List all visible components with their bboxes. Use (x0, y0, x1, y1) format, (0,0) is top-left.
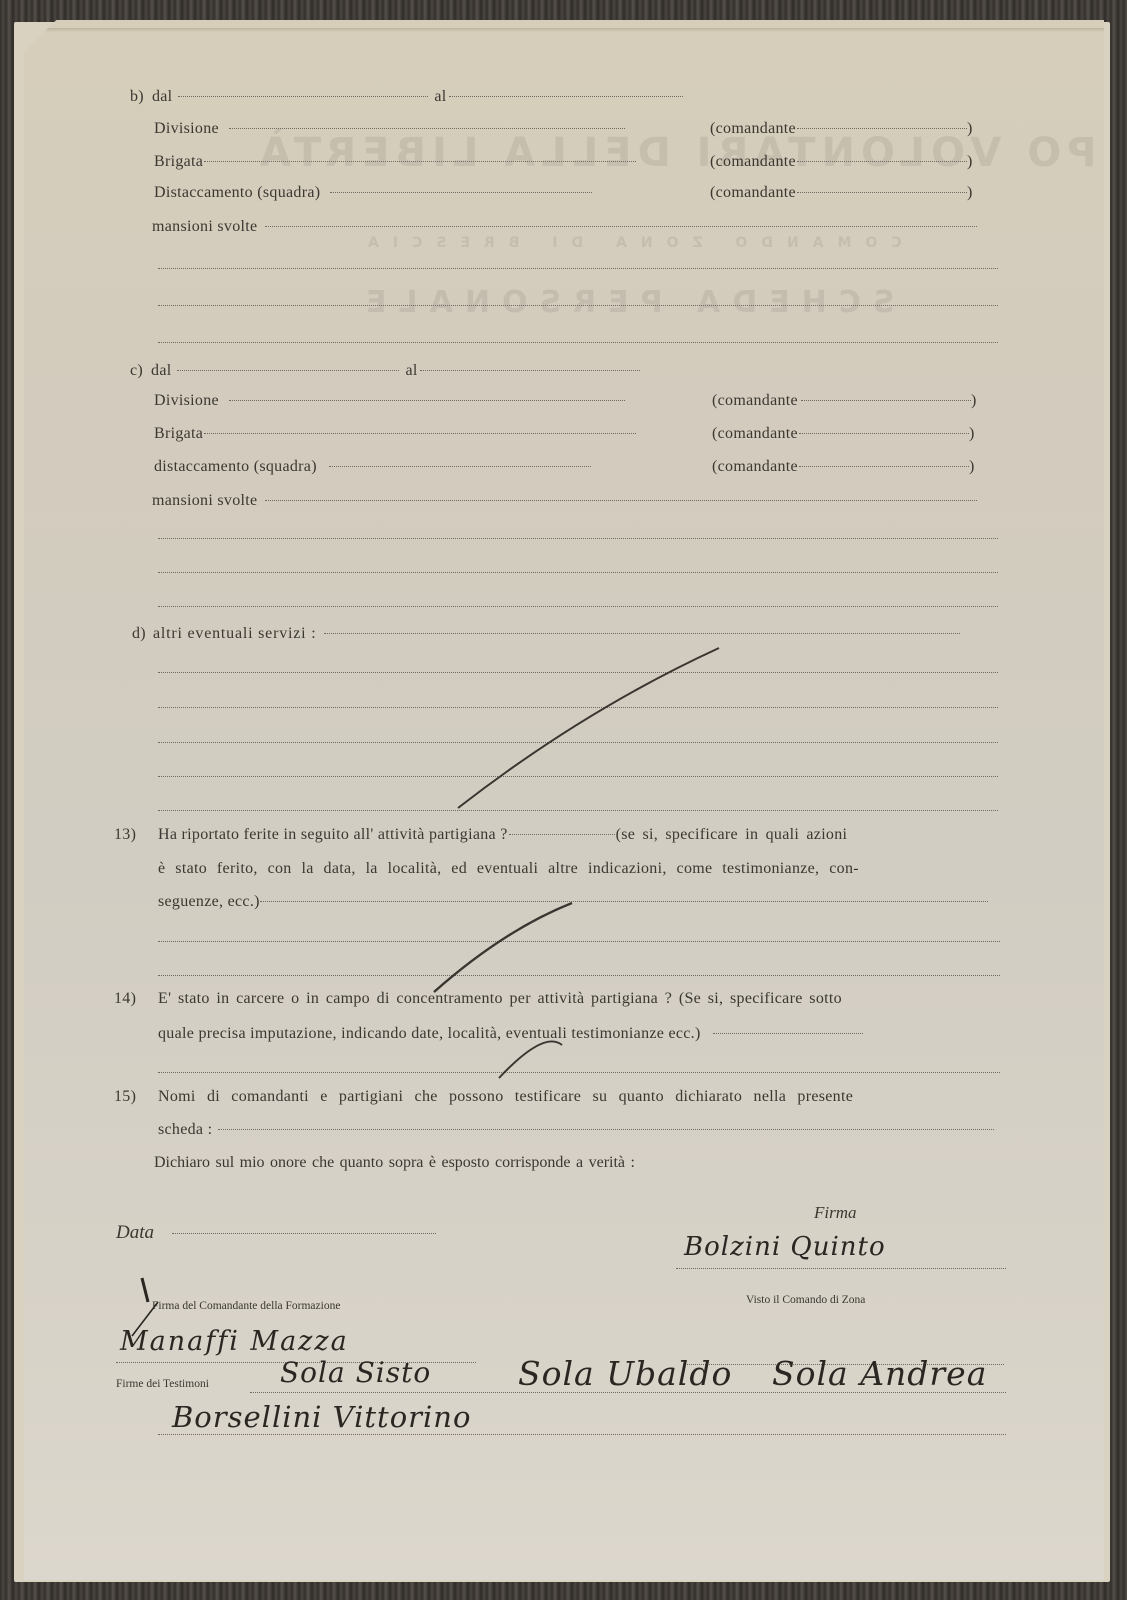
section-c-brigata-comandante-field[interactable] (799, 433, 969, 434)
section-d-line-3[interactable] (158, 707, 998, 708)
comandante-formazione-label: Firma del Comandante della Formazione (152, 1300, 340, 1312)
section-c-distaccamento-comandante-field[interactable] (799, 466, 969, 467)
section-d-line-6[interactable] (158, 810, 998, 811)
testimone-signature-4: Borsellini Vittorino (172, 1400, 471, 1434)
bleed-through-zone: COMANDO ZONA DI BRESCIA (354, 235, 902, 251)
question-14-text-1: E' stato in carcere o in campo di concen… (158, 990, 842, 1008)
question-13-text-1b: (se si, specificare in quali azioni (616, 826, 848, 844)
section-b-marker: b) (130, 88, 144, 106)
question-13-detail-field[interactable] (260, 901, 988, 902)
question-13-strike-icon (434, 903, 572, 992)
question-13-number: 13) (114, 826, 158, 844)
question-15-text-1: Nomi di comandanti e partigiani che poss… (158, 1088, 853, 1106)
close-paren: ) (967, 184, 972, 202)
question-13-text-1a: Ha riportato ferite in seguito all' atti… (158, 826, 508, 844)
close-paren: ) (971, 392, 976, 410)
bleed-through-scheda: SCHEDA PERSONALE (354, 285, 894, 320)
section-c-divisione-label: Divisione (154, 392, 219, 410)
section-b-divisione-comandante-field[interactable] (797, 128, 967, 129)
question-14-line-2[interactable] (158, 1072, 1000, 1073)
section-c-brigata-label: Brigata (154, 425, 203, 443)
question-13-line-3[interactable] (158, 975, 1000, 976)
declaration-text: Dichiaro sul mio onore che quanto sopra … (154, 1154, 635, 1172)
section-d-field[interactable] (324, 633, 960, 634)
firma-field[interactable] (676, 1268, 1006, 1269)
section-c-mansioni-field[interactable] (265, 500, 977, 501)
testimoni-label: Firme dei Testimoni (116, 1378, 209, 1390)
testimone-signature-2: Sola Ubaldo (518, 1354, 732, 1393)
section-c-distaccamento-label: distaccamento (squadra) (154, 458, 317, 476)
question-15-number: 15) (114, 1088, 158, 1106)
section-b-distaccamento-comandante-field[interactable] (797, 192, 967, 193)
question-15-text-2: scheda : (158, 1121, 212, 1139)
section-c-mansioni-line-2[interactable] (158, 538, 998, 539)
section-c-divisione-comandante-label: (comandante (712, 392, 798, 410)
tick-mark-icon (142, 1278, 148, 1302)
section-c-marker: c) (130, 362, 143, 380)
close-paren: ) (967, 153, 972, 171)
document-page: CORPO VOLONTARI DELLA LIBERTÀ COMANDO ZO… (24, 20, 1104, 1580)
question-14-number: 14) (114, 990, 158, 1008)
section-b-mansioni-line-4[interactable] (158, 342, 998, 343)
question-14-answer-field[interactable] (713, 1033, 863, 1034)
section-c-dal-field[interactable] (177, 370, 399, 371)
section-b-divisione-label: Divisione (154, 120, 219, 138)
comandante-signature: Manaffi Mazza (120, 1326, 349, 1357)
section-b-brigata-field[interactable] (204, 161, 636, 162)
section-b-divisione-field[interactable] (229, 128, 625, 129)
section-c-al-field[interactable] (420, 370, 640, 371)
section-c-dal-label: dal (151, 362, 171, 380)
section-d-marker: d) (132, 625, 146, 643)
section-c-distaccamento-field[interactable] (329, 466, 591, 467)
section-c-divisione-field[interactable] (229, 400, 625, 401)
firma-signature: Bolzini Quinto (684, 1232, 886, 1262)
section-c-divisione-comandante-field[interactable] (801, 400, 971, 401)
section-d-line-5[interactable] (158, 776, 998, 777)
firma-label: Firma (814, 1203, 857, 1223)
question-13-answer-field[interactable] (509, 834, 615, 835)
testimone-signature-3: Sola Andrea (772, 1354, 987, 1393)
section-b-al-label: al (434, 88, 446, 106)
question-13-line-2[interactable] (158, 941, 1000, 942)
section-b-mansioni-line-2[interactable] (158, 268, 998, 269)
question-14-text-2: quale precisa imputazione, indicando dat… (158, 1025, 701, 1043)
section-c-mansioni-label: mansioni svolte (152, 492, 257, 510)
section-b-mansioni-field[interactable] (265, 226, 977, 227)
section-b-brigata-comandante-label: (comandante (710, 153, 796, 171)
section-d-line-4[interactable] (158, 742, 998, 743)
section-b-mansioni-line-3[interactable] (158, 305, 998, 306)
section-d-line-2[interactable] (158, 672, 998, 673)
section-b-al-field[interactable] (449, 96, 683, 97)
section-b-mansioni-label: mansioni svolte (152, 218, 257, 236)
close-paren: ) (969, 458, 974, 476)
section-b-brigata-comandante-field[interactable] (797, 161, 967, 162)
section-c-al-label: al (405, 362, 417, 380)
section-d-label: altri eventuali servizi : (153, 625, 317, 643)
visto-comando-zona-label: Visto il Comando di Zona (746, 1294, 865, 1306)
section-b-distaccamento-label: Distaccamento (squadra) (154, 184, 320, 202)
section-b-distaccamento-field[interactable] (330, 192, 592, 193)
section-c-distaccamento-comandante-label: (comandante (712, 458, 798, 476)
section-b-brigata-label: Brigata (154, 153, 203, 171)
question-13-text-3: seguenze, ecc.) (158, 893, 260, 911)
section-b-divisione-comandante-label: (comandante (710, 120, 796, 138)
section-c-mansioni-line-4[interactable] (158, 606, 998, 607)
data-field[interactable] (172, 1233, 436, 1234)
question-15-answer-field[interactable] (218, 1129, 994, 1130)
close-paren: ) (969, 425, 974, 443)
section-b-distaccamento-comandante-label: (comandante (710, 184, 796, 202)
section-b-dal-field[interactable] (178, 96, 428, 97)
section-c-brigata-field[interactable] (204, 433, 636, 434)
testimone-signature-1: Sola Sisto (280, 1356, 431, 1389)
section-b-dal-label: dal (152, 88, 172, 106)
testimoni-field-2[interactable] (158, 1434, 1006, 1435)
close-paren: ) (967, 120, 972, 138)
section-c-brigata-comandante-label: (comandante (712, 425, 798, 443)
question-13-text-2: è stato ferito, con la data, la località… (158, 860, 859, 878)
section-c-mansioni-line-3[interactable] (158, 572, 998, 573)
data-label: Data (116, 1222, 154, 1244)
